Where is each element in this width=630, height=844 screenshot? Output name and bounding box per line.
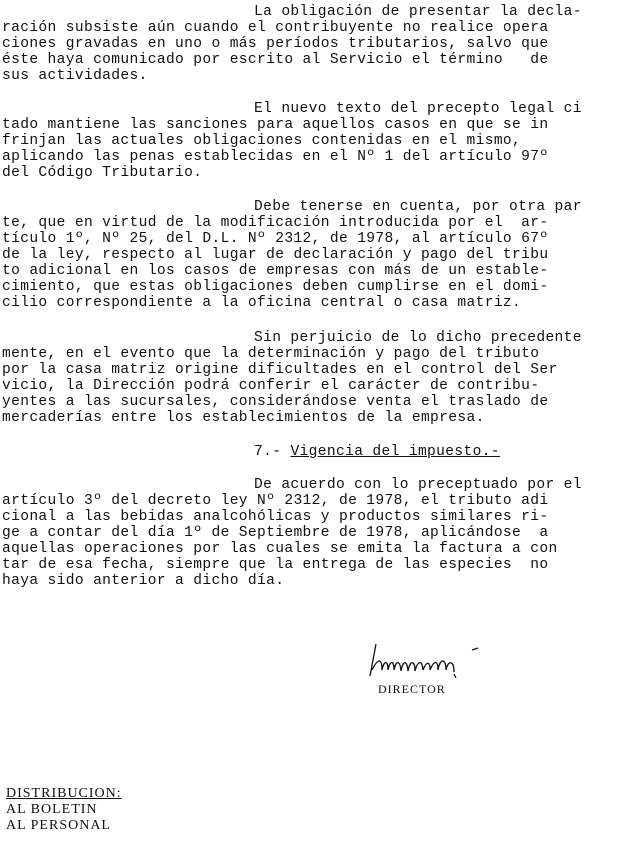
text-line: mercaderías entre los establecimientos d… [2,410,485,426]
text-line: del Código Tributario. [2,165,202,181]
text-line: ciones gravadas en uno o más períodos tr… [2,36,548,52]
text-line: tar de esa fecha, siempre que la entrega… [2,557,548,573]
text-line: te, que en virtud de la modificación int… [2,215,548,231]
text-line: haya sido anterior a dicho día. [2,573,284,589]
section-title: Vigencia del impuesto.- [290,444,499,460]
text-line: ge a contar del día 1º de Septiembre de … [2,525,548,541]
text-line: artículo 3º del decreto ley Nº 2312, de … [2,493,548,509]
text-line: aquellas operaciones por las cuales se e… [2,541,558,557]
section-number: 7.- [254,444,281,460]
text-line: cimiento, que estas obligaciones deben c… [2,279,548,295]
text-line: frinjan las actuales obligaciones conten… [2,133,521,149]
text-line: to adicional en los casos de empresas co… [2,263,548,279]
text-line: cional a las bebidas analcohólicas y pro… [2,509,548,525]
text-line: tículo 1º, Nº 25, del D.L. Nº 2312, de 1… [2,231,548,247]
text-line: El nuevo texto del precepto legal ci [254,101,582,117]
distribution-item: AL PERSONAL [6,818,111,834]
text-line: sus actividades. [2,68,148,84]
text-line: ración subsiste aún cuando el contribuye… [2,20,548,36]
text-line: aplicando las penas establecidas en el N… [2,149,548,165]
text-line: yentes a las sucursales, considerándose … [2,394,548,410]
text-line: de la ley, respecto al lugar de declarac… [2,247,548,263]
signature-scribble [368,640,508,680]
text-line: Debe tenerse en cuenta, por otra par [254,199,582,215]
text-line: vicio, la Dirección podrá conferir el ca… [2,378,539,394]
text-line: De acuerdo con lo preceptuado por el [254,477,582,493]
text-line: cilio correspondiente a la oficina centr… [2,295,521,311]
text-line: La obligación de presentar la decla- [254,4,582,20]
text-line: éste haya comunicado por escrito al Serv… [2,52,548,68]
text-line: mente, en el evento que la determinación… [2,346,539,362]
distribution-item: AL BOLETIN [6,802,98,818]
text-line: Sin perjuicio de lo dicho precedente [254,330,582,346]
section-heading: 7.- Vigencia del impuesto.- [254,444,500,460]
distribution-heading: DISTRIBUCION: [6,786,122,802]
signature-title: DIRECTOR [378,682,446,697]
text-line: por la casa matriz origine dificultades … [2,362,558,378]
text-line: tado mantiene las sanciones para aquello… [2,117,548,133]
